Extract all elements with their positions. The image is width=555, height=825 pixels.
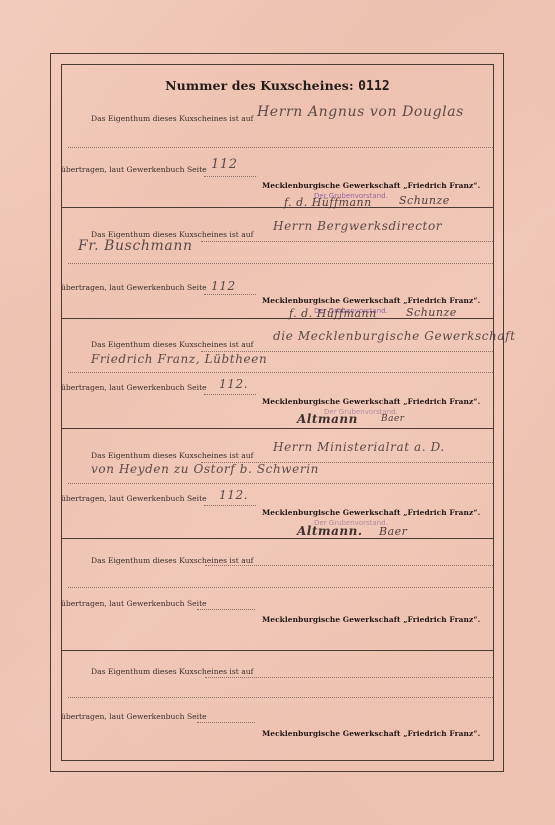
owner-line-1: die Mecklenburgische Gewerkschaft bbox=[273, 329, 516, 343]
company-name: Mecklenburgische Gewerkschaft „Friedrich… bbox=[262, 508, 480, 517]
owner-line-1: Herrn Angnus von Douglas bbox=[257, 104, 464, 120]
company-name: Mecklenburgische Gewerkschaft „Friedrich… bbox=[262, 296, 480, 305]
owner-line-2-rule bbox=[68, 147, 493, 148]
company-name: Mecklenburgische Gewerkschaft „Friedrich… bbox=[262, 181, 480, 190]
ownership-label: Das Eigenthum dieses Kuxscheines ist auf bbox=[91, 556, 253, 565]
title-label: Nummer des Kuxscheines: bbox=[165, 78, 354, 93]
transfer-label: übertragen, laut Gewerkenbuch Seite bbox=[61, 712, 207, 721]
owner-line-2: Fr. Buschmann bbox=[78, 238, 193, 254]
page-rule bbox=[197, 722, 255, 723]
ownership-label: Das Eigenthum dieses Kuxscheines ist auf bbox=[91, 114, 253, 123]
owner-line-2: von Heyden zu Ostorf b. Schwerin bbox=[91, 462, 319, 476]
owner-line-1-rule bbox=[205, 565, 493, 566]
entry-section-5: Das Eigenthum dieses Kuxscheines ist auf… bbox=[61, 538, 494, 650]
entry-section-3: Das Eigenthum dieses Kuxscheines ist auf… bbox=[61, 318, 494, 428]
signature-right: Baer bbox=[381, 414, 405, 424]
owner-line-2-rule bbox=[68, 587, 493, 588]
certificate-number: 0112 bbox=[358, 79, 390, 94]
page-rule bbox=[204, 394, 256, 395]
ownership-label: Das Eigenthum dieses Kuxscheines ist auf bbox=[91, 340, 253, 349]
entry-section-6: Das Eigenthum dieses Kuxscheines ist auf… bbox=[61, 650, 494, 761]
page-rule bbox=[204, 505, 256, 506]
owner-line-2: Friedrich Franz, Lübtheen bbox=[91, 352, 267, 366]
company-name: Mecklenburgische Gewerkschaft „Friedrich… bbox=[262, 729, 480, 738]
company-name: Mecklenburgische Gewerkschaft „Friedrich… bbox=[262, 397, 480, 406]
page-number: 112. bbox=[219, 377, 248, 391]
entry-section-2: Das Eigenthum dieses Kuxscheines ist auf… bbox=[61, 207, 494, 318]
signature-left: Altmann bbox=[297, 412, 358, 426]
transfer-label: übertragen, laut Gewerkenbuch Seite bbox=[61, 383, 207, 392]
transfer-label: übertragen, laut Gewerkenbuch Seite bbox=[61, 494, 207, 503]
page-rule bbox=[204, 176, 256, 177]
page-number: 112 bbox=[211, 157, 238, 172]
owner-line-1: Herrn Bergwerksdirector bbox=[273, 219, 442, 233]
company-name: Mecklenburgische Gewerkschaft „Friedrich… bbox=[262, 615, 480, 624]
owner-line-1-rule bbox=[205, 677, 493, 678]
page-rule bbox=[197, 609, 255, 610]
ownership-label: Das Eigenthum dieses Kuxscheines ist auf bbox=[91, 451, 253, 460]
owner-line-2-rule bbox=[68, 483, 493, 484]
owner-line-1-rule bbox=[201, 241, 493, 242]
signature-right: Baer bbox=[379, 525, 407, 538]
entry-section-1: Nummer des Kuxscheines: 0112 Das Eigenth… bbox=[61, 64, 494, 207]
page-number: 112 bbox=[211, 279, 236, 293]
certificate-title: Nummer des Kuxscheines: 0112 bbox=[61, 78, 494, 94]
page-number: 112. bbox=[219, 488, 248, 502]
transfer-label: übertragen, laut Gewerkenbuch Seite bbox=[61, 165, 207, 174]
entry-section-4: Das Eigenthum dieses Kuxscheines ist auf… bbox=[61, 428, 494, 538]
signature-left: Altmann. bbox=[297, 524, 363, 538]
owner-line-1-rule bbox=[201, 462, 493, 463]
owner-line-2-rule bbox=[68, 263, 493, 264]
ownership-label: Das Eigenthum dieses Kuxscheines ist auf bbox=[91, 667, 253, 676]
owner-line-2-rule bbox=[68, 697, 493, 698]
owner-line-1-rule bbox=[201, 351, 493, 352]
owner-line-2-rule bbox=[68, 372, 493, 373]
owner-line-1: Herrn Ministerialrat a. D. bbox=[273, 440, 445, 454]
transfer-label: übertragen, laut Gewerkenbuch Seite bbox=[61, 283, 207, 292]
transfer-label: übertragen, laut Gewerkenbuch Seite bbox=[61, 599, 207, 608]
signature-right: Schunze bbox=[399, 194, 450, 207]
page-rule bbox=[204, 294, 256, 295]
